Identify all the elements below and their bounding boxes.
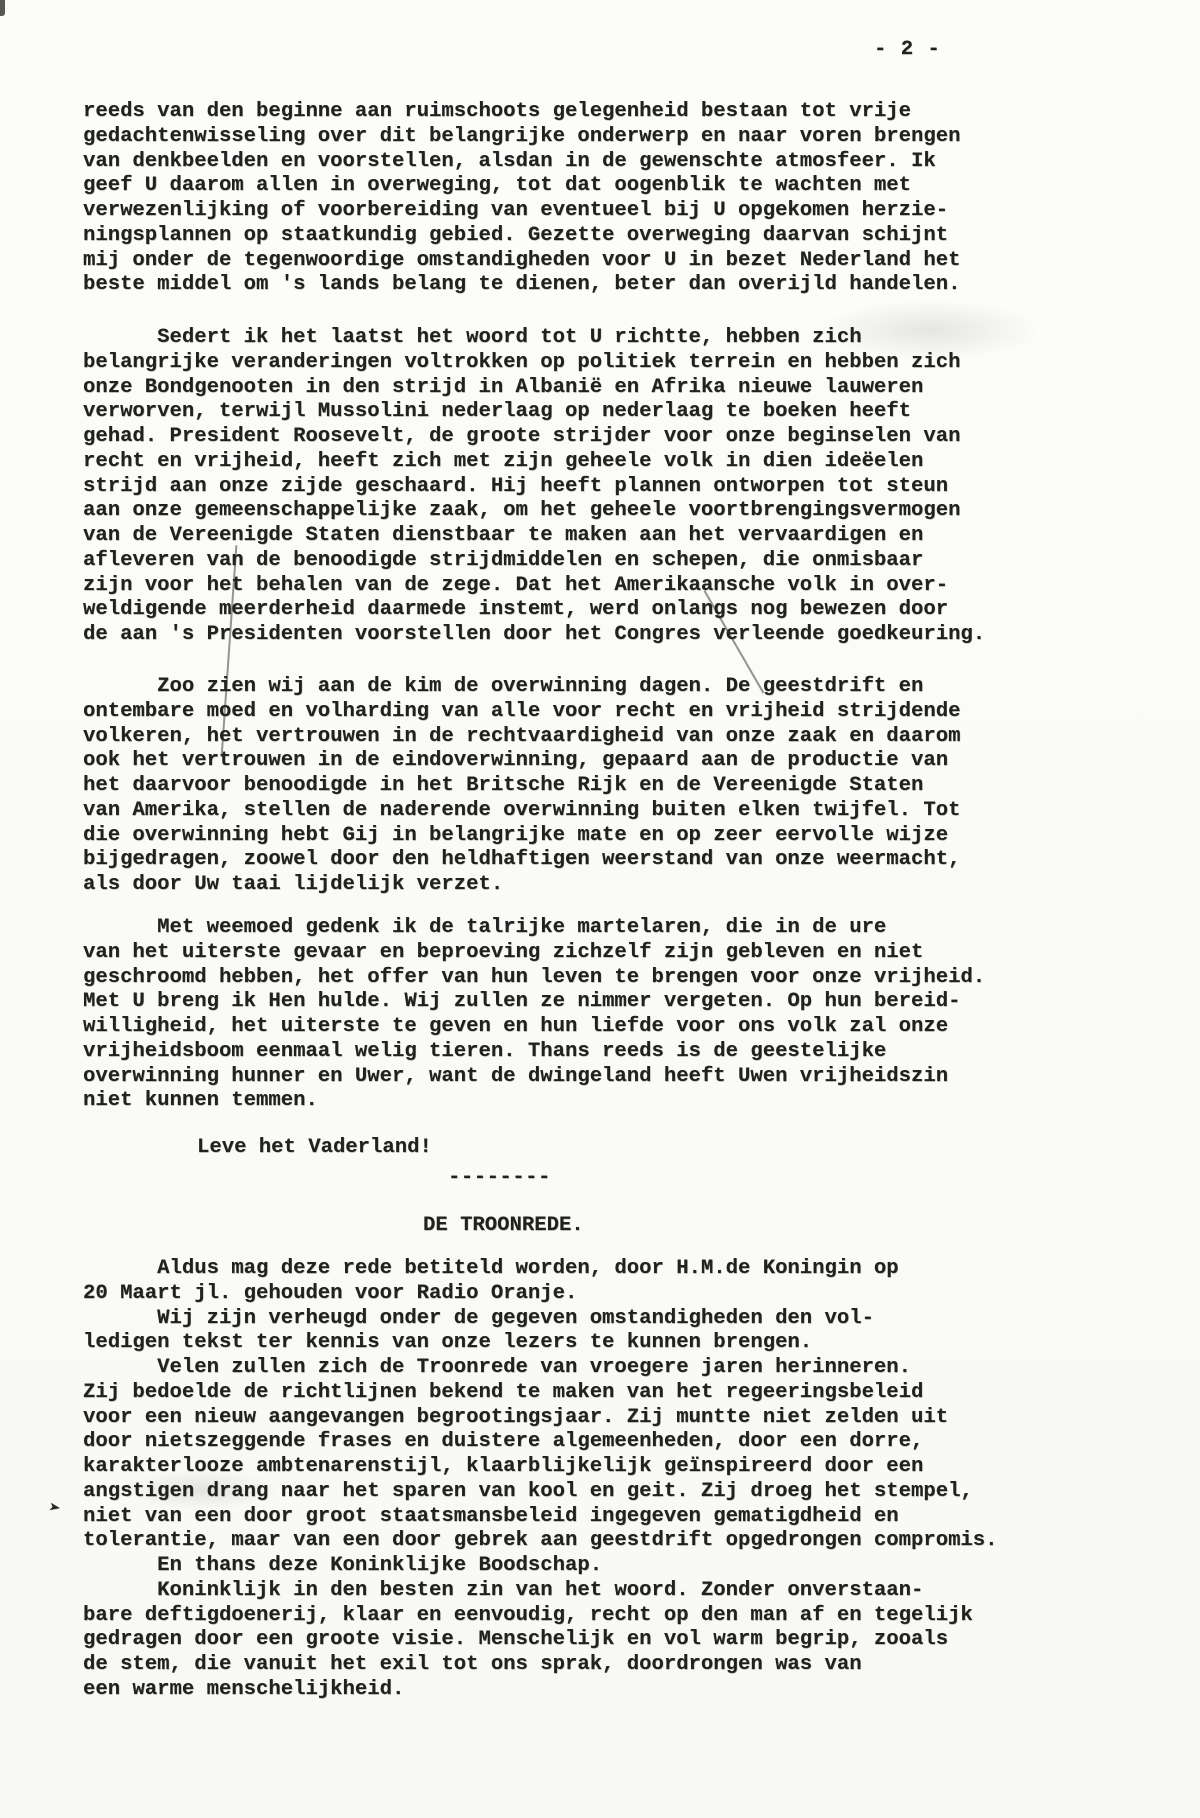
paragraph-continuation: reeds van den beginne aan ruimschoots ge…: [83, 100, 960, 298]
paragraph-martyrs-tribute: Met weemoed gedenk ik de talrijke martel…: [83, 916, 985, 1114]
article-body-troonrede: Aldus mag deze rede betiteld worden, doo…: [83, 1257, 998, 1703]
article-heading-troonrede: DE TROONREDE.: [423, 1214, 584, 1239]
scanned-document-page: - 2 - reeds van den beginne aan ruimscho…: [0, 0, 1200, 1818]
separator-dashes: --------: [448, 1166, 551, 1191]
paragraph-victory-dawning: Zoo zien wij aan de kim de overwinning d…: [83, 675, 960, 898]
paragraph-allies-progress: Sedert ik het laatst het woord tot U ric…: [83, 326, 985, 648]
scan-corner-artifact: [0, 0, 5, 16]
closing-exclamation: Leve het Vaderland!: [197, 1136, 432, 1161]
page-number: - 2 -: [874, 38, 941, 63]
handwritten-margin-arrow-icon: ➤: [47, 1497, 62, 1519]
